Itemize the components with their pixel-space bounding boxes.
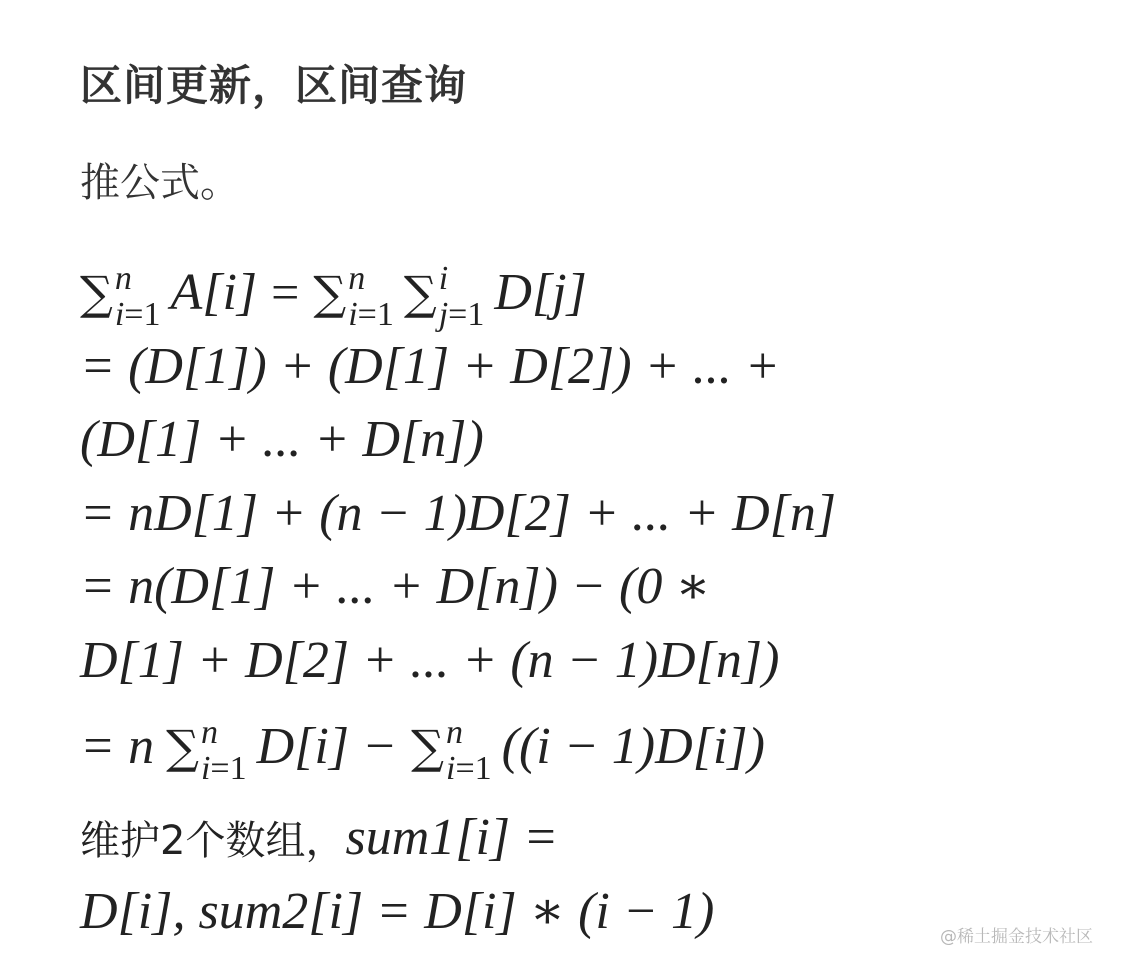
equals-sign: =	[271, 262, 299, 322]
summation-3: ∑ i j=1	[404, 250, 484, 316]
summation-4: ∑ n i=1	[166, 704, 246, 770]
formula-line-3: (D[1] + ... + D[n])	[80, 410, 484, 470]
intro-paragraph: 推公式。	[80, 155, 240, 211]
conclusion-line-2: D[i], sum2[i] = D[i] ∗ (i − 1)	[80, 882, 714, 942]
rhs-term: D[j]	[494, 263, 586, 323]
summation-2: ∑ n i=1	[313, 250, 393, 316]
summation-1: ∑ n i=1	[80, 250, 160, 316]
formula-line-6: D[1] + D[2] + ... + (n − 1)D[n])	[80, 631, 779, 691]
sigma-icon: ∑	[411, 724, 444, 770]
sigma-icon: ∑	[404, 270, 437, 316]
section-heading: 区间更新，区间查询	[80, 58, 467, 114]
formula-line-1: ∑ n i=1 A[i] = ∑ n i=1 ∑ i j=1 D[j]	[80, 250, 587, 323]
summation-5: ∑ n i=1	[411, 704, 491, 770]
conclusion-text: 维护2个数组，	[80, 811, 345, 871]
formula-line-5: = n(D[1] + ... + D[n]) − (0 ∗	[80, 557, 711, 617]
formula-line-4: = nD[1] + (n − 1)D[2] + ... + D[n]	[80, 484, 836, 544]
formula-line-2: = (D[1]) + (D[1] + D[2]) + ... +	[80, 337, 780, 397]
sum1-definition: sum1[i] =	[345, 808, 558, 868]
lhs-term: A[i]	[170, 263, 257, 323]
sigma-icon: ∑	[80, 270, 113, 316]
conclusion-line-1: 维护2个数组， sum1[i] =	[80, 808, 558, 871]
sum2-definition: D[i], sum2[i] = D[i] ∗ (i − 1)	[80, 882, 714, 942]
sigma-icon: ∑	[166, 724, 199, 770]
formula-line-7: = n ∑ n i=1 D[i] − ∑ n i=1 ((i − 1)D[i])	[80, 704, 765, 777]
watermark: @稀土掘金技术社区	[940, 922, 1093, 947]
sigma-icon: ∑	[313, 270, 346, 316]
